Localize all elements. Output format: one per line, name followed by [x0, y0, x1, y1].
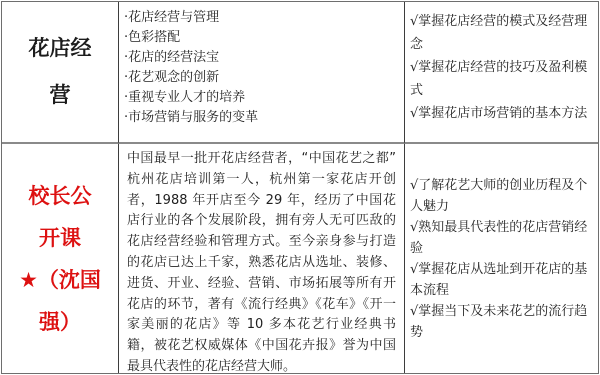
course-item: ·花店经营与管理	[124, 8, 400, 28]
course-item: ·重视专业人才的培养	[124, 88, 400, 108]
category-text-line: 开课	[39, 217, 81, 259]
course-content-list-cell: ·花店经营与管理·色彩搭配·花店的经营法宝·花艺观念的创新·重视专业人才的培养·…	[119, 2, 405, 144]
category-cell-flower-shop-management: 花店经营	[2, 2, 119, 144]
outcome-item: √掌握花店市场营销的基本方法	[410, 102, 592, 125]
category-text-line: 校长公	[29, 175, 92, 217]
outcome-item: √掌握花店经营的技巧及盈利模式	[410, 56, 592, 102]
instructor-bio-paragraph: 中国最早一批开花店经营者，“中国花艺之都”杭州花店培训第一人，杭州第一家花店开创…	[127, 149, 396, 373]
outcome-item: √熟知最具代表性的花店营销经验	[410, 217, 592, 259]
instructor-bio-cell: 中国最早一批开花店经营者，“中国花艺之都”杭州花店培训第一人，杭州第一家花店开创…	[119, 144, 405, 373]
learning-outcomes-cell-row1: √掌握花店经营的模式及经营理念√掌握花店经营的技巧及盈利模式√掌握花店市场营销的…	[405, 2, 598, 144]
outcome-item: √掌握当下及未来花艺的流行趋势	[410, 301, 592, 343]
course-item: ·花店的经营法宝	[124, 48, 400, 68]
category-cell-principal-open-class: 校长公开课★（沈国强）	[2, 144, 119, 373]
category-text-line: 强）	[39, 301, 81, 343]
course-item: ·花艺观念的创新	[124, 68, 400, 88]
category-text-line: 花店经	[29, 25, 92, 72]
course-curriculum-table: 花店经营 ·花店经营与管理·色彩搭配·花店的经营法宝·花艺观念的创新·重视专业人…	[1, 1, 599, 374]
course-item: ·市场营销与服务的变革	[124, 108, 400, 128]
course-item: ·色彩搭配	[124, 28, 400, 48]
outcome-item: √掌握花店从选址到开花店的基本流程	[410, 259, 592, 301]
category-text-line: ★（沈国	[19, 259, 101, 301]
outcome-item: √掌握花店经营的模式及经营理念	[410, 10, 592, 56]
learning-outcomes-cell-row2: √了解花艺大师的创业历程及个人魅力√熟知最具代表性的花店营销经验√掌握花店从选址…	[405, 144, 598, 373]
outcome-item: √了解花艺大师的创业历程及个人魅力	[410, 175, 592, 217]
category-text-line: 营	[50, 72, 71, 119]
